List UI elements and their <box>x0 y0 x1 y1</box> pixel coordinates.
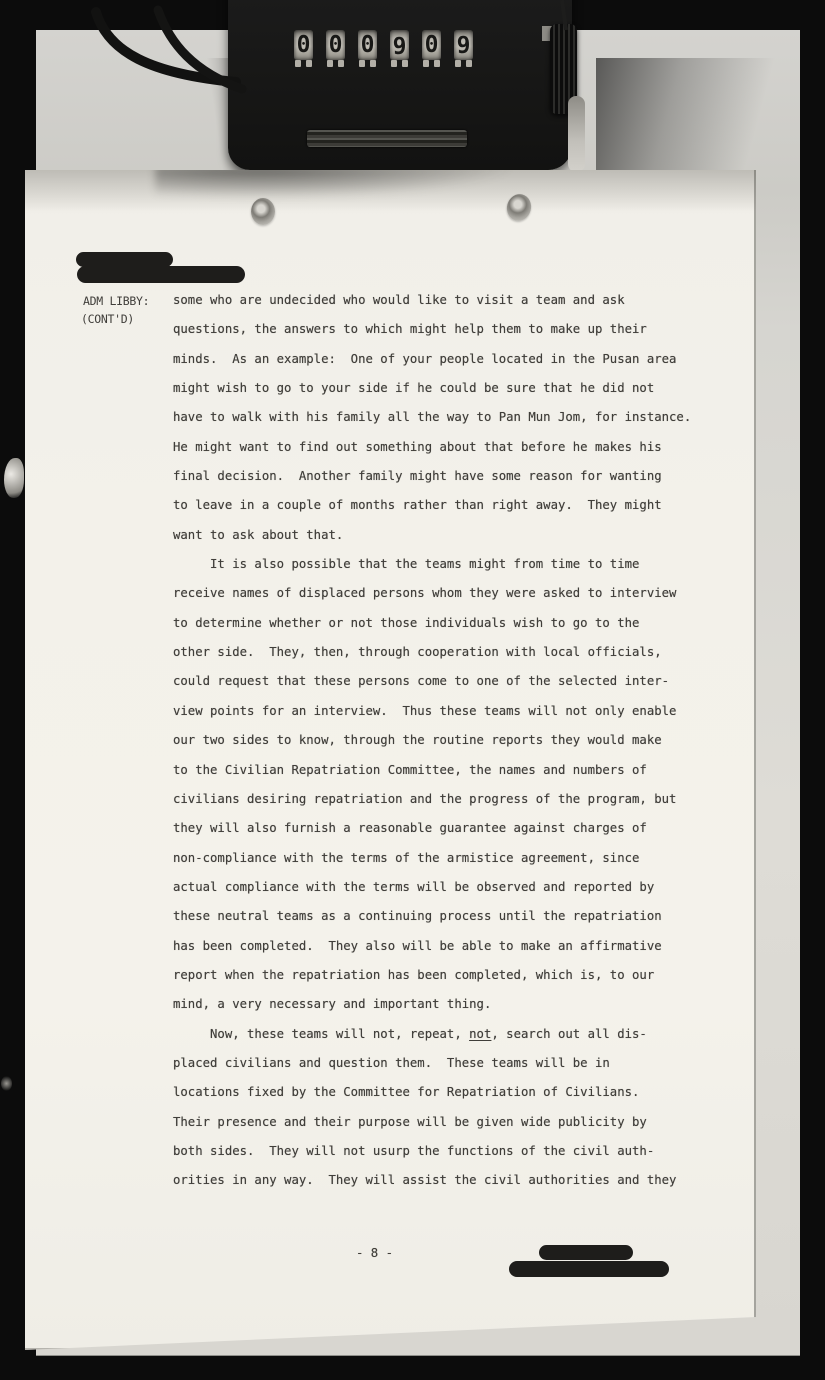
text-line: final decision. Another family might hav… <box>173 462 691 491</box>
text-line: other side. They, then, through cooperat… <box>173 638 691 667</box>
text-line: mind, a very necessary and important thi… <box>173 990 691 1019</box>
scanned-document-photo: 000909 ADM LIBBY: (CONT'D) some who are … <box>0 0 825 1380</box>
text-line: Their presence and their purpose will be… <box>173 1108 691 1137</box>
text-line: orities in any way. They will assist the… <box>173 1166 691 1195</box>
text-line: they will also furnish a reasonable guar… <box>173 814 691 843</box>
text-line: questions, the answers to which might he… <box>173 315 691 344</box>
text-line: could request that these persons come to… <box>173 667 691 696</box>
speaker-contd-label: (CONT'D) <box>81 312 134 326</box>
text-line: report when the repatriation has been co… <box>173 961 691 990</box>
punch-hole-left <box>251 198 275 225</box>
text-line: locations fixed by the Committee for Rep… <box>173 1078 691 1107</box>
text-line: He might want to find out something abou… <box>173 433 691 462</box>
text-line: some who are undecided who would like to… <box>173 286 691 315</box>
speaker-label: ADM LIBBY: <box>83 294 149 308</box>
text-line: have to walk with his family all the way… <box>173 403 691 432</box>
text-line: Now, these teams will not, repeat, not, … <box>173 1020 691 1049</box>
edge-artifact-clip <box>4 458 24 498</box>
text-line: It is also possible that the teams might… <box>173 550 691 579</box>
text-line: our two sides to know, through the routi… <box>173 726 691 755</box>
text-line: both sides. They will not usurp the func… <box>173 1137 691 1166</box>
text-line: to leave in a couple of months rather th… <box>173 491 691 520</box>
text-line: receive names of displaced persons whom … <box>173 579 691 608</box>
body-text: some who are undecided who would like to… <box>173 286 691 1196</box>
text-line: might wish to go to your side if he coul… <box>173 374 691 403</box>
text-line: placed civilians and question them. Thes… <box>173 1049 691 1078</box>
text-line: want to ask about that. <box>173 521 691 550</box>
device-cast-shadow <box>155 166 525 200</box>
text-line: to determine whether or not those indivi… <box>173 609 691 638</box>
redaction-bar-bottom-1 <box>539 1245 633 1260</box>
redaction-bar-bottom-2 <box>509 1261 669 1277</box>
page-number: - 8 - <box>356 1246 393 1260</box>
text-line: to the Civilian Repatriation Committee, … <box>173 756 691 785</box>
text-line: non-compliance with the terms of the arm… <box>173 844 691 873</box>
redaction-bar-top-1 <box>76 252 173 267</box>
text-line: actual compliance with the terms will be… <box>173 873 691 902</box>
text-line: has been completed. They also will be ab… <box>173 932 691 961</box>
edge-artifact-dot <box>1 1076 12 1091</box>
text-line: minds. As an example: One of your people… <box>173 345 691 374</box>
text-line: civilians desiring repatriation and the … <box>173 785 691 814</box>
document-page: ADM LIBBY: (CONT'D) some who are undecid… <box>25 170 756 1350</box>
text-line: these neutral teams as a continuing proc… <box>173 902 691 931</box>
redaction-bar-top-2 <box>77 266 245 283</box>
text-line: view points for an interview. Thus these… <box>173 697 691 726</box>
